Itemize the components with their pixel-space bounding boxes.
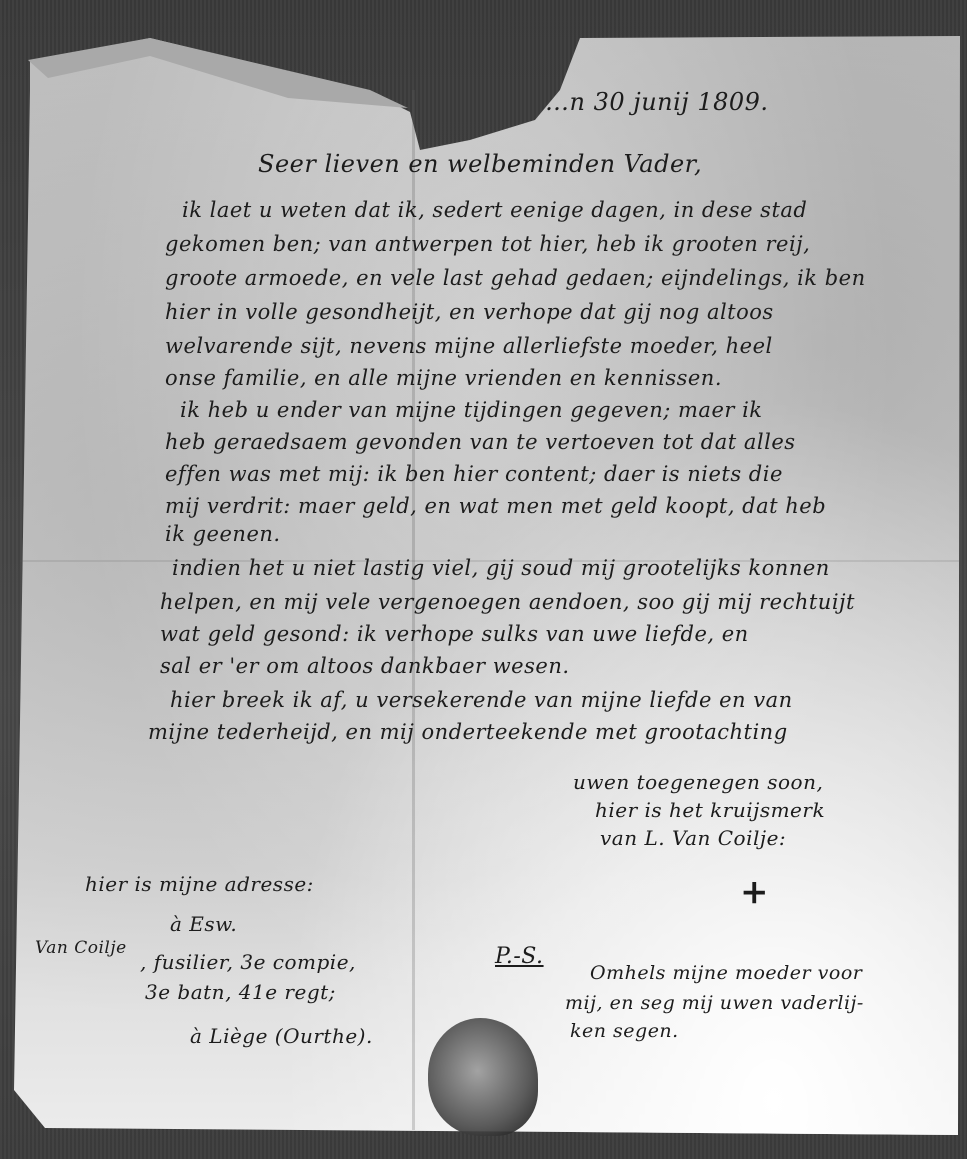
body-line: welvarende sijt, nevens mijne allerliefs… xyxy=(165,334,773,358)
body-line: indien het u niet lastig viel, gij soud … xyxy=(172,556,830,580)
body-line: effen was met mij: ik ben hier content; … xyxy=(165,462,783,486)
address-line: , fusilier, 3e compie, xyxy=(140,950,356,974)
body-line: ik laet u weten dat ik, sedert eenige da… xyxy=(182,198,807,222)
body-line: helpen, en mij vele vergenoegen aendoen,… xyxy=(160,590,855,614)
body-line: mijne tederheijd, en mij onderteekende m… xyxy=(148,720,788,744)
postscript-line: Omhels mijne moeder voor xyxy=(590,962,862,984)
wax-seal-stain xyxy=(428,1018,538,1136)
address-name: Van Coilje xyxy=(35,938,127,958)
body-line: heb geraedsaem gevonden van te vertoeven… xyxy=(165,430,796,454)
address-line: à Liège (Ourthe). xyxy=(190,1024,373,1048)
address-line: à Esw. xyxy=(170,912,237,936)
body-line: sal er 'er om altoos dankbaer wesen. xyxy=(160,654,570,678)
body-line: wat geld gesond: ik verhope sulks van uw… xyxy=(160,622,749,646)
address-intro: hier is mijne adresse: xyxy=(85,872,314,896)
body-line: gekomen ben; van antwerpen tot hier, heb… xyxy=(165,232,810,256)
postscript-label: P.-S. xyxy=(495,944,544,969)
closing-line: hier is het kruijsmerk xyxy=(595,798,825,822)
body-line: ik heb u ender van mijne tijdingen gegev… xyxy=(180,398,763,422)
body-line: mij verdrit: maer geld, en wat men met g… xyxy=(165,494,826,518)
postscript-line: ken segen. xyxy=(570,1020,679,1042)
body-line: onse familie, en alle mijne vrienden en … xyxy=(165,366,722,390)
body-line: groote armoede, en vele last gehad gedae… xyxy=(165,266,866,290)
salutation: Seer lieven en welbeminden Vader, xyxy=(258,150,702,178)
postscript-line: mij, en seg mij uwen vaderlij- xyxy=(565,992,864,1014)
body-line: hier in volle gesondheijt, en verhope da… xyxy=(165,300,774,324)
closing-signature: van L. Van Coilje: xyxy=(600,826,786,850)
body-line: hier breek ik af, u versekerende van mij… xyxy=(170,688,793,712)
cross-mark: + xyxy=(740,872,769,912)
body-line: ik geenen. xyxy=(165,522,281,546)
closing-line: uwen toegenegen soon, xyxy=(573,770,823,794)
address-line: 3e batn, 41e regt; xyxy=(145,980,336,1004)
letter-date: …n 30 junij 1809. xyxy=(545,88,769,116)
